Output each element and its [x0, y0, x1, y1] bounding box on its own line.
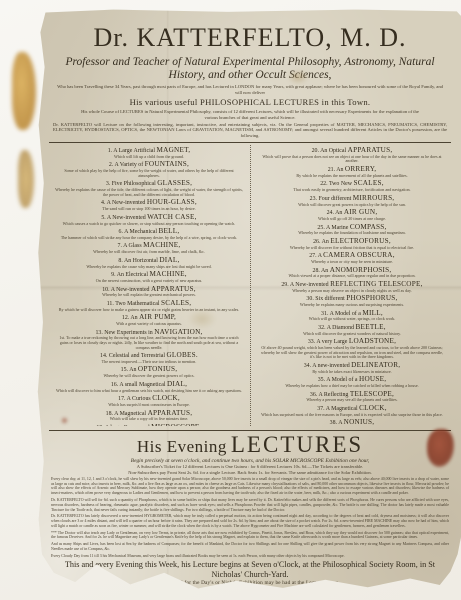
item-lead: Two Mathematical	[115, 301, 159, 307]
item-description: Which has surprised most of the free mas…	[256, 413, 448, 418]
item-lead: Four different	[319, 196, 352, 202]
item-number: 23.	[310, 196, 317, 202]
item-name: DIAL,	[159, 256, 179, 264]
list-item: 38. A NONIUS,Which is capable of discove…	[256, 418, 448, 426]
subjects-note: Dr. KATTERFELTO will Lecture on the foll…	[49, 122, 451, 138]
list-item: 22. Two New SCALES,That work easily in g…	[256, 179, 448, 192]
item-name: WATCH CASE,	[147, 213, 196, 221]
list-item: 16. A small Magnetical DIAL,Which will d…	[51, 380, 247, 393]
item-name: MIRROURS,	[353, 194, 395, 202]
philosophical-lectures-line: His various useful PHILOSOPHICAL LECTURE…	[49, 97, 451, 107]
item-number: 34.	[304, 363, 311, 369]
item-description: By which he takes exact likenesses in mi…	[256, 370, 448, 375]
item-description: The hammer of which will strike any hour…	[51, 236, 247, 241]
item-description: The sand will run or stop 100 times in a…	[51, 207, 247, 212]
item-lead: An	[322, 239, 329, 245]
list-item: 31. A Model of a MILL,Which will go with…	[256, 309, 448, 322]
item-description: Whereby he explains many curious and sur…	[256, 303, 448, 308]
notice-paragraph: Every clear day, at 11, 12, 1 and 3 o'cl…	[51, 477, 449, 496]
list-item: 8. An Horizontal DIAL,Whereby he explain…	[51, 256, 247, 269]
notice-paragraph: Every Cloudy Day from 11 till 3 his Mech…	[51, 554, 449, 559]
item-title: 38. A NONIUS,	[256, 418, 448, 426]
horizontal-rule	[49, 430, 451, 431]
item-name: MICROSCOPE,	[151, 423, 201, 426]
tape-residue-stain	[12, 52, 36, 130]
item-lead: An Horizontal	[124, 258, 158, 264]
item-description: Whereby he will discover fixt air, from …	[51, 250, 247, 255]
item-name: MAGNET,	[157, 146, 191, 154]
list-item: 10. A New-invented APPARATUS,Whereby he …	[51, 285, 247, 298]
list-item: 26. An ELECTROFORUS,Whereby he will disc…	[256, 237, 448, 250]
notice-paragraph: Dr. KATTERFELTO has lately discovered a …	[51, 514, 449, 528]
item-lead: A new-invented	[312, 363, 349, 369]
list-item: 9. An Electrical MACHINE,On the newest c…	[51, 270, 247, 283]
item-description: Whereby he will explain the greatest mec…	[51, 293, 247, 298]
item-name: BELL,	[158, 227, 179, 235]
list-item: 14. Celestial and Terrestrial GLOBES.The…	[51, 351, 247, 364]
item-name: APPARATUS,	[348, 146, 393, 154]
item-description: Which will go off 20 times at one charge…	[256, 217, 448, 222]
item-description: By which he will discover how to make a …	[51, 308, 247, 313]
list-item: 19. A large Compound MICROSCOPE,That wil…	[51, 423, 247, 426]
list-item: 15. An OPTONIUS,Whereby he will discover…	[51, 365, 247, 378]
item-description: Which will take a copy off in five minut…	[51, 417, 247, 422]
item-description: Which has surpris'd most connoisseurs in…	[51, 403, 247, 408]
list-item: 18. A Magnetical APPARATUS,Which will ta…	[51, 409, 247, 422]
notice-paragraph: *** The Doctor will also teach any Lady …	[51, 531, 449, 541]
list-item: 35. A Model of a HOUSE,Whereby he explai…	[256, 375, 448, 388]
evening-lectures-heading: His Evening LECTURES	[49, 433, 451, 456]
list-item: 20. An Optical APPARATUS,Which will prov…	[256, 146, 448, 164]
list-item: 27. A CAMERA OBSCURA,Whereby a town or c…	[256, 251, 448, 264]
item-description: Whereby he will discover the greatest po…	[51, 374, 247, 379]
heading-his-evening: His Evening	[137, 437, 227, 456]
notice-paragraph: And as many Ships and Lives, has been lo…	[51, 542, 449, 552]
item-name: REFLECTING TELESCOPE,	[330, 280, 423, 288]
item-description: The newest improved.—Their use too tedio…	[51, 360, 247, 365]
list-item: 3. Five Philosophical GLASSES,Whereby he…	[51, 179, 247, 197]
list-item: 28. An ANOMORPHOSIS,Which viewed at a pr…	[256, 266, 448, 279]
list-item: 29. A New-invented REFLECTING TELESCOPE,…	[256, 280, 448, 293]
page-title: Dr. KATTERFELTO, M. D.	[49, 23, 451, 53]
item-lead: A small Magnetical	[119, 382, 165, 388]
list-item: 25. A Marine COMPASS,Whereby he explains…	[256, 223, 448, 236]
item-description: Which will go without water, springs, or…	[256, 317, 448, 322]
horizontal-rule	[49, 142, 451, 143]
item-name: AIR GUN,	[344, 208, 378, 216]
item-description: Which will discover the greatest wonders…	[256, 332, 448, 337]
item-number: 29.	[281, 282, 288, 288]
item-description: Which will prove that a person does not …	[256, 155, 448, 164]
list-item: 6. A Mechanical BELL,The hammer of which…	[51, 227, 247, 240]
list-item: 13. New Experiments in NAVIGATION,1st. T…	[51, 328, 247, 351]
list-item: 2. A Variety of FOUNTAINS,Some of which …	[51, 160, 247, 178]
item-number: 19.	[96, 425, 103, 426]
exhibit-list: 1. A Large Artificial MAGNET,Which will …	[49, 145, 451, 426]
exhibit-column-left: 1. A Large Artificial MAGNET,Which will …	[49, 145, 250, 426]
item-description: Whereby he explains the foundation of lo…	[256, 231, 448, 236]
item-name: DIAL,	[167, 380, 187, 388]
item-description: Which will lift up a child from the grou…	[51, 155, 247, 160]
list-item: 30. Six different PHOSPHORUS,Whereby he …	[256, 294, 448, 307]
item-number: 1.	[108, 148, 112, 154]
list-item: 7. A Glass MACHINE,Whereby he will disco…	[51, 241, 247, 254]
list-item: 1. A Large Artificial MAGNET,Which will …	[51, 146, 247, 159]
item-description: Whereby he explains the cause why many s…	[51, 265, 247, 270]
list-item: 37. A Magnetical CLOCK,Which has surpris…	[256, 404, 448, 417]
item-description: Whereby a person may observe an object i…	[256, 289, 448, 294]
notices-paragraphs: Every clear day, at 11, 12, 1 and 3 o'cl…	[49, 477, 451, 558]
item-lead: A New-invented	[107, 215, 146, 221]
item-description: Whereby a town or city may be seen in mi…	[256, 260, 448, 265]
item-description: With a great variety of curious aparatus…	[51, 322, 247, 327]
list-item: 5. A New-invented WATCH CASE,Which cause…	[51, 213, 247, 226]
list-item: 36. A Reflecting TELESCOPE,Whereby a per…	[256, 390, 448, 403]
item-name: CLOCK,	[359, 404, 387, 412]
item-title: 19. A large Compound MICROSCOPE,	[51, 423, 247, 426]
subtitle: Professor and Teacher of Natural Experim…	[49, 56, 451, 81]
list-item: 33. A very Large LOADSTONE,Of above 40 p…	[256, 337, 448, 360]
item-name: MACHINE,	[149, 270, 186, 278]
non-subscriber-line: Non-Subscribers pay Front Seat 2s. 6d. f…	[49, 470, 451, 475]
notice-paragraph: Dr. KATTERFELTO will sell for 6d. such a…	[51, 498, 449, 512]
list-item: 11. Two Mathematical SCALES,By which he …	[51, 299, 247, 312]
exhibit-column-right: 20. An Optical APPARATUS,Which will prov…	[250, 145, 451, 426]
item-name: CLOCK,	[152, 394, 180, 402]
item-description: 1st. To make a true reckoning by throwin…	[51, 336, 247, 350]
item-description: Whereby a person may see all the planets…	[256, 398, 448, 403]
list-item: 4. A New-invented HOUR-GLASS,The sand wi…	[51, 198, 247, 211]
item-name: ORRERY,	[345, 165, 376, 173]
item-description: That work easily in geometry, architectu…	[256, 188, 448, 193]
item-number: 11.	[107, 301, 114, 307]
item-name: SCALES,	[161, 299, 191, 307]
course-note: His whole Course of LECTURES in Natural …	[49, 109, 451, 120]
item-name: BEETLE,	[356, 323, 386, 331]
item-description: Whereby he explains the cause of the tid…	[51, 188, 247, 197]
list-item: 17. A Curious CLOCK,Which has surpris'd …	[51, 394, 247, 407]
list-item: 24. An AIR GUN,Which will go off 20 time…	[256, 208, 448, 221]
item-description: Some of which play by the help of fire, …	[51, 169, 247, 178]
item-description: Which causes a watch to go quicker or sl…	[51, 222, 247, 227]
heading-lectures: LECTURES	[231, 432, 363, 457]
item-description: Whereby he will discover fire without fr…	[256, 246, 448, 251]
list-item: 21. An ORRERY,By which he explains the m…	[256, 165, 448, 178]
list-item: 23. Four different MIRROURS,Which will d…	[256, 194, 448, 207]
broadside-content: Dr. KATTERFELTO, M. D. Professor and Tea…	[37, 9, 461, 586]
item-description: Whereby he explains how a thief may be c…	[256, 384, 448, 389]
broadside-paper: Dr. KATTERFELTO, M. D. Professor and Tea…	[37, 9, 461, 589]
item-name: ELECTROFORUS,	[330, 237, 391, 245]
item-description: By which he explains the movement of all…	[256, 174, 448, 179]
item-number: 8.	[118, 258, 122, 264]
item-name: GLOBES.	[166, 351, 198, 359]
item-number: 5.	[101, 215, 105, 221]
screenshot-root: { "colors":{"paper":"#d7d0bd","ink":"#36…	[0, 0, 461, 600]
list-item: 12. An AIR PUMP,With a great variety of …	[51, 313, 247, 326]
item-name: NONIUS,	[344, 418, 375, 426]
item-description: Of above 40 pound weight, which has been…	[256, 346, 448, 360]
item-description: Which viewed at a proper distance, will …	[256, 274, 448, 279]
travel-note: Who has been Travelling these 34 Years, …	[49, 84, 451, 95]
list-item: 34. A new-invented DELINEATOR,By which h…	[256, 361, 448, 374]
item-description: Which will discover to him what hour a g…	[51, 389, 247, 394]
item-number: 26.	[313, 239, 320, 245]
list-item: 32. A Diamond BEETLE,Which will discover…	[256, 323, 448, 336]
item-name: DELINEATOR,	[351, 361, 400, 369]
item-description: Which will discover great powers in opti…	[256, 203, 448, 208]
item-number: 16.	[111, 382, 118, 388]
tape-residue-stain	[18, 150, 34, 208]
item-lead: A large Compound	[105, 425, 150, 426]
item-description: On the newest construction, with a great…	[51, 279, 247, 284]
evening-lectures-section: His Evening LECTURES Begin precisely at …	[49, 433, 451, 586]
